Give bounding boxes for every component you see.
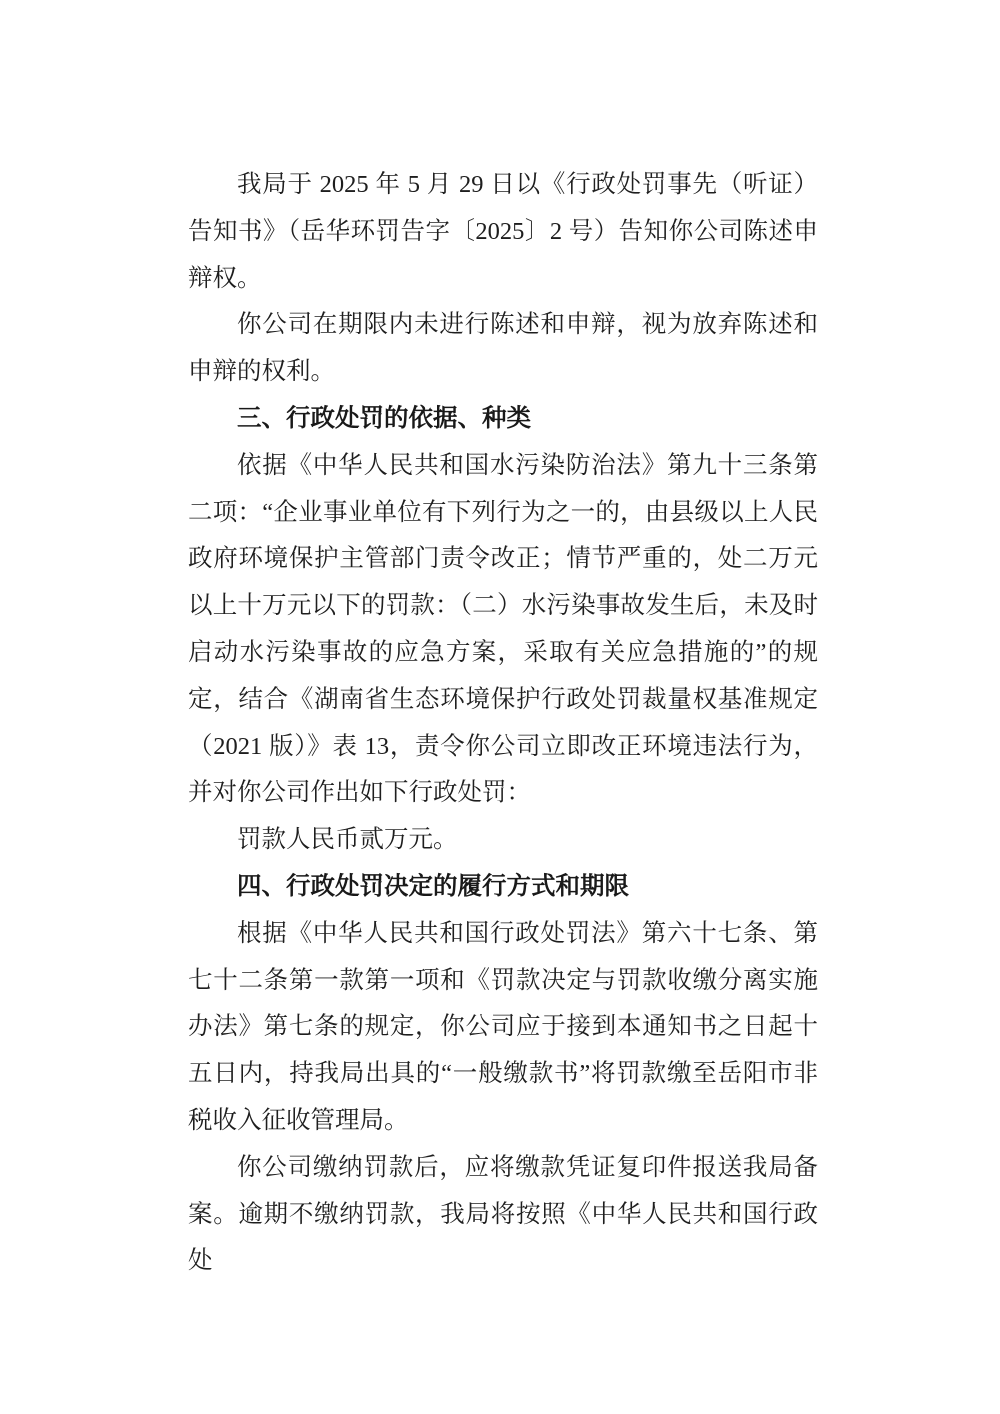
- section-heading: 三、行政处罚的依据、种类: [188, 396, 818, 443]
- paragraph: 你公司在期限内未进行陈述和申辩，视为放弃陈述和申辩的权利。: [188, 302, 818, 396]
- paragraph: 根据《中华人民共和国行政处罚法》第六十七条、第七十二条第一款第一项和《罚款决定与…: [188, 911, 818, 1145]
- paragraph: 我局于 2025 年 5 月 29 日以《行政处罚事先（听证）告知书》（岳华环罚…: [188, 162, 818, 302]
- paragraph: 罚款人民币贰万元。: [188, 817, 818, 864]
- document-body: 我局于 2025 年 5 月 29 日以《行政处罚事先（听证）告知书》（岳华环罚…: [188, 162, 818, 1285]
- section-heading: 四、行政处罚决定的履行方式和期限: [188, 864, 818, 911]
- paragraph: 你公司缴纳罚款后，应将缴款凭证复印件报送我局备案。逾期不缴纳罚款，我局将按照《中…: [188, 1145, 818, 1285]
- paragraph: 依据《中华人民共和国水污染防治法》第九十三条第二项：“企业事业单位有下列行为之一…: [188, 443, 818, 817]
- document-page: 我局于 2025 年 5 月 29 日以《行政处罚事先（听证）告知书》（岳华环罚…: [0, 0, 1000, 1414]
